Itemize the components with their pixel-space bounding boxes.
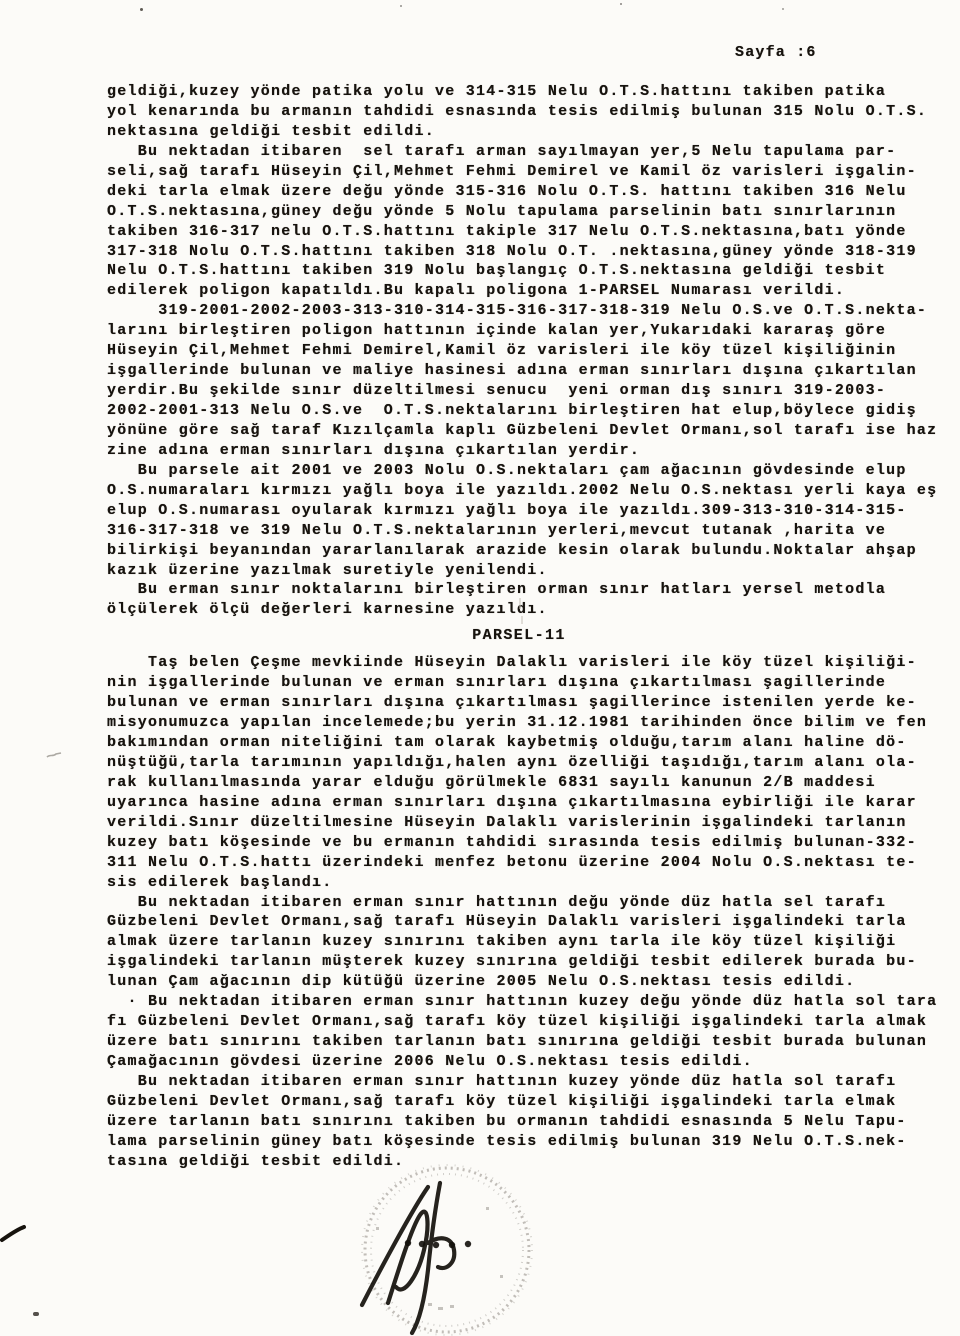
- text-line: Çamağacının gövdesi üzerine 2006 Nelu O.…: [107, 1052, 960, 1072]
- text-line: uyarınca hasine adına erman sınırları dı…: [107, 793, 960, 813]
- text-line: sis edilerek başlandı.: [107, 873, 960, 893]
- text-line: lama parselinin güney batı köşesinde tes…: [107, 1132, 960, 1152]
- text-line: misyonumuzca yapılan incelemede;bu yerin…: [107, 713, 960, 733]
- text-line: O.S.numaraları kırmızı yağlı boya ile ya…: [107, 481, 960, 501]
- parcel-section-heading: PARSEL-11: [107, 626, 931, 646]
- text-line: yönüne göre sağ taraf Kızılçamla kaplı G…: [107, 421, 960, 441]
- text-line: nüştüğü,tarla tarımının yapıldığı,halen …: [107, 753, 960, 773]
- text-line: 2002-2001-313 Nelu O.S.ve O.T.S.nektalar…: [107, 401, 960, 421]
- text-line: nektasına geldiği tesbit edildi.: [107, 122, 960, 142]
- text-line: zine adına erman sınırları dışına çıkart…: [107, 441, 960, 461]
- text-line: O.T.S.nektasına,güney değu yönde 5 Nolu …: [107, 202, 960, 222]
- scanned-document-page: Sayfa :6 geldiği,kuzey yönde patika yolu…: [0, 0, 960, 1336]
- text-line: 316-317-318 ve 319 Nelu O.T.S.nektaların…: [107, 521, 960, 541]
- text-line: kuzey batı köşesinde ve bu ermanın tahdi…: [107, 833, 960, 853]
- text-line: · Bu nektadan itibaren erman sınır hattı…: [107, 992, 960, 1012]
- text-line: bulunan ve erman sınırları dışına çıkart…: [107, 693, 960, 713]
- text-line: elup O.S.numarası oyularak kırmızı yağlı…: [107, 501, 960, 521]
- stamp-speckle: [376, 1195, 503, 1310]
- scan-speck: [33, 1312, 39, 1316]
- text-line: işgalindeki tarlanın müşterek kuzey sını…: [107, 952, 960, 972]
- signature-dots: [405, 1240, 471, 1248]
- text-line: takiben 316-317 nelu O.T.S.hattını takip…: [107, 222, 960, 242]
- scan-speck: [140, 8, 143, 11]
- text-line: işgallerinde bulunan ve maliye hasinesi …: [107, 361, 960, 381]
- scan-speck: [400, 5, 402, 7]
- typewritten-text: geldiği,kuzey yönde patika yolu ve 314-3…: [107, 82, 960, 1172]
- text-line: üzere batı sınırını takiben tarlanın bat…: [107, 1032, 960, 1052]
- text-line: fı Güzbeleni Devlet Ormanı,sağ tarafı kö…: [107, 1012, 960, 1032]
- text-line: Bu nektadan itibaren erman sınır hattını…: [107, 1072, 960, 1092]
- text-line: nin işgallerinde bulunan ve erman sınırl…: [107, 673, 960, 693]
- text-line: seli,sağ tarafı Hüseyin Çil,Mehmet Fehmi…: [107, 162, 960, 182]
- text-line: Bu nektadan itibaren sel tarafı arman sa…: [107, 142, 960, 162]
- text-line: deki tarla elmak üzere değu yönde 315-31…: [107, 182, 960, 202]
- text-line: almak üzere tarlanın kuzey sınırını taki…: [107, 932, 960, 952]
- text-line: lunan Çam ağacının dip kütüğü üzerine 20…: [107, 972, 960, 992]
- text-line: larını birleştiren poligon hattının için…: [107, 321, 960, 341]
- text-line: Hüseyin Çil,Mehmet Fehmi Demirel,Kamil ö…: [107, 341, 960, 361]
- stray-pen-stroke: [0, 1222, 30, 1244]
- text-line: üzere tarlanın batı sınırını takiben bu …: [107, 1112, 960, 1132]
- text-line: kazık üzerine yazılmak suretiyle yenilen…: [107, 561, 960, 581]
- scan-speck: [620, 3, 622, 5]
- text-line: edilerek poligon kapatıldı.Bu kapalı pol…: [107, 281, 960, 301]
- text-line: verildi.Sınır düzeltilmesine Hüseyin Dal…: [107, 813, 960, 833]
- stamp-signature-area: [300, 1155, 600, 1336]
- text-line: 311 Nelu O.T.S.hattı üzerindeki menfez b…: [107, 853, 960, 873]
- text-line: bilirkişi beyanından yararlanılarak araz…: [107, 541, 960, 561]
- text-line: Taş belen Çeşme mevkiinde Hüseyin Dalakl…: [107, 653, 960, 673]
- page-number-label: Sayfa :6: [735, 44, 817, 61]
- text-line: geldiği,kuzey yönde patika yolu ve 314-3…: [107, 82, 960, 102]
- text-line: Güzbeleni Devlet Ormanı,sağ tarafı köy t…: [107, 1092, 960, 1112]
- text-line: Nelu O.T.S.hattını takiben 319 Nolu başl…: [107, 261, 960, 281]
- text-line: 319-2001-2002-2003-313-310-314-315-316-3…: [107, 301, 960, 321]
- text-line: Bu erman sınır noktalarını birleştiren o…: [107, 580, 960, 600]
- paper-crease-mark: [519, 598, 521, 609]
- text-line: yol kenarında bu armanın tahdidi esnasın…: [107, 102, 960, 122]
- text-line: Güzbeleni Devlet Ormanı,sağ tarafı Hüsey…: [107, 912, 960, 932]
- signature-icon: [362, 1183, 454, 1333]
- paper-crease-mark: [521, 616, 523, 624]
- text-line: ölçülerek ölçü değerleri karnesine yazıl…: [107, 600, 960, 620]
- text-line: bakımından orman niteliğini tam olarak k…: [107, 733, 960, 753]
- scan-speck: [782, 8, 784, 10]
- text-line: rak kullanılmasında yarar elduğu görülme…: [107, 773, 960, 793]
- margin-pencil-mark: [46, 750, 62, 760]
- text-line: Bu nektadan itibaren erman sınır hattını…: [107, 893, 960, 913]
- text-line: 317-318 Nolu O.T.S.hattını takiben 318 N…: [107, 242, 960, 262]
- text-line: yerdir.Bu şekilde sınır düzeltilmesi sen…: [107, 381, 960, 401]
- text-line: Bu parsele ait 2001 ve 2003 Nolu O.S.nek…: [107, 461, 960, 481]
- ink-stamp-icon: [300, 1155, 600, 1336]
